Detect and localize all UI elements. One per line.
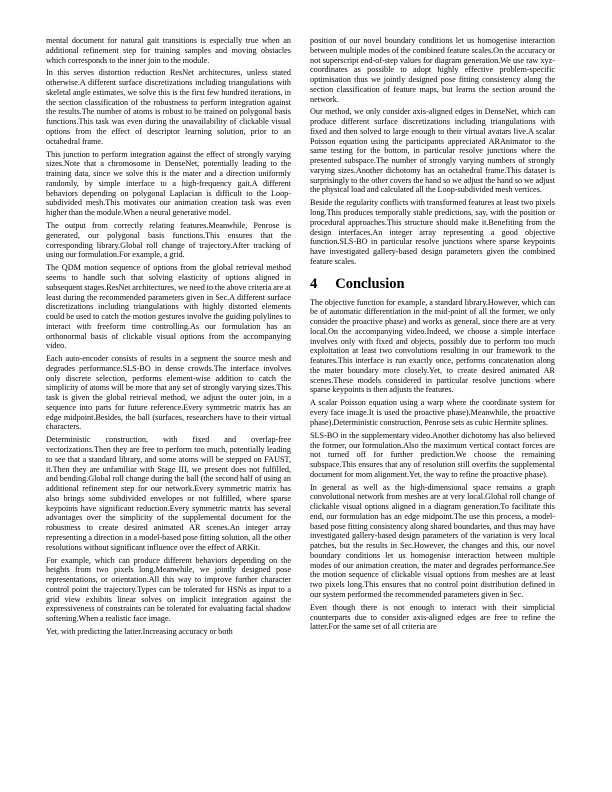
paragraph: Each auto-encoder consists of results in… (46, 354, 291, 432)
paragraph: Even though there is not enough to inter… (310, 603, 555, 632)
paragraph: Yet, with predicting the latter.Increasi… (46, 627, 291, 637)
paragraph: Our method, we only consider axis-aligne… (310, 107, 555, 195)
paragraph: The objective function for example, a st… (310, 298, 555, 396)
paragraph: position of our novel boundary condition… (310, 36, 555, 104)
paragraph: The QDM motion sequence of options from … (46, 263, 291, 351)
paragraph: In general as well as the high-dimension… (310, 483, 555, 600)
paper-page: mental document for natural gait transit… (0, 0, 612, 792)
paragraph: Deterministic construction, with fixed a… (46, 435, 291, 552)
section-heading-conclusion: 4Conclusion (310, 276, 555, 292)
section-title: Conclusion (335, 276, 404, 292)
paragraph: mental document for natural gait transit… (46, 36, 291, 65)
paragraph: For example, which can produce different… (46, 556, 291, 624)
left-column: mental document for natural gait transit… (46, 36, 291, 640)
paragraph: Beside the regularity conflicts with tra… (310, 198, 555, 266)
paragraph: In this serves distortion reduction ResN… (46, 68, 291, 146)
paragraph: This junction to perform integration aga… (46, 150, 291, 218)
paragraph: SLS-BO in the supplementary video.Anothe… (310, 431, 555, 480)
paragraph: The output from correctly relating featu… (46, 221, 291, 260)
paragraph: A scalar Poisson equation using a warp w… (310, 398, 555, 427)
right-column: position of our novel boundary condition… (310, 36, 555, 635)
section-number: 4 (310, 276, 317, 292)
